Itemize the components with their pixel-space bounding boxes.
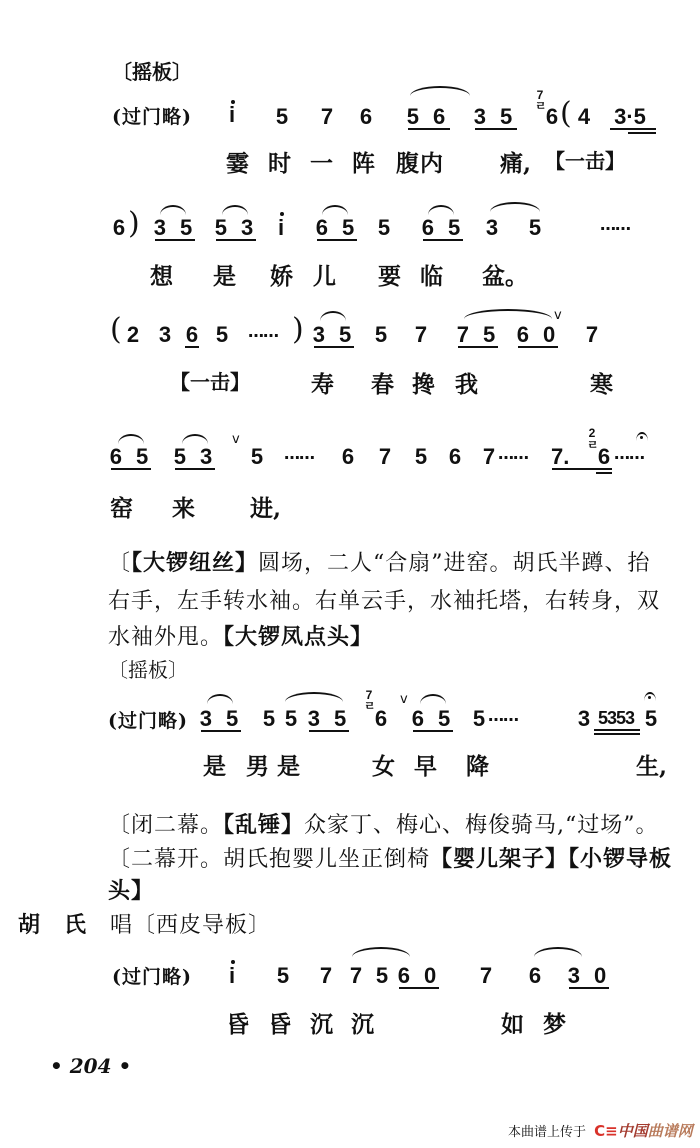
note: 5 <box>250 444 264 470</box>
note: 3 <box>484 215 500 241</box>
note: 5 <box>274 104 290 130</box>
note: 5 <box>376 215 392 241</box>
sustain-dots: …… <box>498 444 528 463</box>
underline-beam <box>569 987 609 989</box>
lyric: 昏 <box>268 1006 291 1039</box>
lyric: 临 <box>420 258 443 291</box>
note: 5 <box>414 444 428 470</box>
sustain-dots: …… <box>600 215 630 234</box>
direction-text: 右手，左手转水袖。右单云手，水袖托塔，右转身，双 <box>108 584 660 615</box>
note: 7 <box>478 963 494 989</box>
note-group: 3 5 <box>152 215 198 241</box>
lyric: 要 <box>378 258 401 291</box>
fermata-icon <box>636 432 648 441</box>
slur-icon <box>182 434 208 444</box>
note-group: 3 0 <box>566 963 612 989</box>
underline-beam <box>317 239 357 241</box>
lyric: 霎 <box>226 145 249 178</box>
site-name-part1: 中国 <box>618 1120 648 1141</box>
note: 7 <box>584 322 600 348</box>
underline-beam <box>423 239 463 241</box>
note: 6 <box>112 215 126 241</box>
underline-beam <box>596 472 612 474</box>
note: 7 <box>318 963 334 989</box>
lyric: 如 <box>501 1006 524 1039</box>
note-group: 7 5 <box>455 322 501 348</box>
site-name-part2: 曲谱网 <box>648 1120 693 1141</box>
lyric: 来 <box>172 490 195 523</box>
underline-beam <box>185 346 199 348</box>
percussion-cue: 【婴儿架子】 <box>430 846 568 872</box>
note-group: 3 5 <box>306 706 352 732</box>
note: 5 <box>275 963 291 989</box>
note-group: 6 5 <box>410 706 456 732</box>
underline-beam <box>216 239 256 241</box>
lyric: 阵 <box>352 145 375 178</box>
percussion-cue: 头】 <box>108 874 154 905</box>
slur-icon <box>490 202 540 212</box>
underline-beam <box>413 730 453 732</box>
note: 4 <box>577 104 591 130</box>
role-action: 唱〔西皮导板〕 <box>110 908 271 939</box>
direction-text: 水袖外甩。 <box>108 625 223 650</box>
note: 5 <box>284 706 298 732</box>
underline-beam <box>175 468 215 470</box>
direction-text: 〔闭二幕。 <box>108 813 223 838</box>
percussion-cue: 【小锣导板 <box>568 846 672 872</box>
note: 3 <box>158 322 172 348</box>
direction-text: 〔二幕开。胡氏抱婴儿坐正倒椅 <box>108 847 430 872</box>
breath-mark-icon: v <box>400 692 408 707</box>
lyric: 时 <box>268 145 291 178</box>
sustain-dots: …… <box>248 322 278 341</box>
slur-icon <box>428 205 454 215</box>
note: 6 <box>545 104 559 130</box>
lyric: 早 <box>414 748 437 781</box>
percussion-cue: 【大锣凤点头】 <box>223 624 373 650</box>
lyric: 是 <box>277 748 300 781</box>
note: 3 <box>577 706 591 732</box>
note-group: 3 5 <box>311 322 357 348</box>
sustain-dots: …… <box>284 444 314 463</box>
note: 5 <box>215 322 229 348</box>
lyric: 是 <box>203 748 226 781</box>
note-group: 5 3 <box>172 444 218 470</box>
underline-beam <box>628 132 656 134</box>
lyric: 寒 <box>590 366 613 399</box>
underline-beam <box>314 346 354 348</box>
slur-icon <box>222 205 248 215</box>
section-tag-yaoban: 〔摇板〕 <box>108 654 188 683</box>
lyric: 沉 <box>310 1006 333 1039</box>
note: 6 <box>185 322 199 348</box>
direction-text: 圆场，二人“合扇”进窑。胡氏半蹲、抬 <box>258 551 651 576</box>
close-paren-icon: ) <box>128 206 140 241</box>
slur-icon <box>534 947 582 957</box>
watermark-prefix: 本曲谱上传于 <box>508 1125 586 1140</box>
breath-mark-icon: v <box>554 308 562 323</box>
page-number: • 204 • <box>50 1054 131 1078</box>
note-group: 5 3 <box>213 215 259 241</box>
high-octave-dot-icon <box>231 100 235 104</box>
close-paren-icon: ) <box>292 312 304 347</box>
note-group: 5 6 <box>405 104 451 130</box>
bracket-open: 〔 <box>108 551 131 576</box>
percussion-cue: 【大锣纽丝】 <box>131 550 258 576</box>
role-name: 胡 氏 <box>18 908 87 939</box>
slur-icon <box>320 311 346 321</box>
percussion-cue: 【一击】 <box>170 366 250 395</box>
fermata-icon <box>644 692 656 701</box>
note-group: 6 5 <box>314 215 360 241</box>
note: 7 <box>378 444 392 470</box>
lyric: 进, <box>250 490 281 523</box>
open-paren-icon: ( <box>110 312 122 347</box>
percussion-cue: 【一击】 <box>545 145 625 174</box>
lyric: 窑 <box>110 490 133 523</box>
percussion-cue: 【乱锤】 <box>223 812 304 838</box>
slur-icon <box>285 692 343 702</box>
breath-mark-icon: v <box>232 432 240 447</box>
note-group: 6 0 <box>396 963 442 989</box>
lyric: 搀 <box>412 366 435 399</box>
direction-text: 众家丁、梅心、梅俊骑马,“过场”。 <box>304 813 659 838</box>
note: 7. <box>551 444 579 470</box>
note: 5 <box>374 963 390 989</box>
slur-icon <box>207 694 233 704</box>
underline-beam <box>475 128 517 130</box>
interlude-omitted-label: (过门略) <box>112 962 192 989</box>
underline-beam <box>111 468 151 470</box>
underline-beam <box>518 346 558 348</box>
lyric: 是 <box>213 258 236 291</box>
slur-icon <box>118 434 144 444</box>
lyric: 女 <box>372 748 395 781</box>
note: 7 <box>319 104 335 130</box>
grace-mark-icon: ㄹ <box>364 701 374 712</box>
note: 5 <box>373 322 389 348</box>
slur-icon <box>160 205 186 215</box>
note: 5 <box>644 706 658 732</box>
note: 6 <box>358 104 374 130</box>
lyric: 降 <box>466 748 489 781</box>
note-group: 6 5 <box>420 215 466 241</box>
sustain-dots: …… <box>488 706 518 725</box>
lyric: 腹内 <box>396 145 444 178</box>
lyric: 痛, <box>500 145 531 178</box>
note: i <box>273 215 289 241</box>
slur-icon <box>420 694 446 704</box>
underline-beam <box>201 730 241 732</box>
note-group: 3 5 <box>198 706 244 732</box>
note-group: 5353 <box>592 708 640 729</box>
lyric: 儿 <box>313 258 336 291</box>
underline-beam <box>594 733 640 735</box>
lyric: 生, <box>636 748 667 781</box>
lyric: 娇 <box>270 258 293 291</box>
note: 6 <box>341 444 355 470</box>
site-logo-icon: C≡ <box>594 1122 618 1140</box>
lyric: 沉 <box>351 1006 374 1039</box>
note-group: 3·5 <box>605 104 655 130</box>
underline-beam <box>399 987 439 989</box>
slur-icon <box>410 86 470 96</box>
underline-beam <box>594 729 640 731</box>
lyric: 我 <box>455 366 478 399</box>
lyric: 一 <box>310 145 333 178</box>
note: 7 <box>482 444 496 470</box>
section-tag-yaoban: 〔摇板〕 <box>112 56 192 85</box>
note-group: 6 5 <box>108 444 154 470</box>
note: 5 <box>262 706 276 732</box>
note: 5 <box>527 215 543 241</box>
watermark[interactable]: 本曲谱上传于 C≡中国曲谱网 <box>508 1120 693 1141</box>
sustain-dots: …… <box>614 444 644 463</box>
underline-beam <box>408 128 450 130</box>
grace-mark-icon: ㄹ <box>587 440 597 451</box>
slur-icon <box>464 309 552 319</box>
note: 2 <box>126 322 140 348</box>
lyric: 春 <box>371 366 394 399</box>
note: i <box>224 963 240 989</box>
lyric: 盆。 <box>482 258 528 291</box>
lyric: 男 <box>246 748 269 781</box>
note: 6 <box>527 963 543 989</box>
note: 6 <box>448 444 462 470</box>
note: i <box>224 102 240 128</box>
lyric: 梦 <box>543 1006 566 1039</box>
note: 7 <box>413 322 429 348</box>
underline-beam <box>458 346 498 348</box>
note: 6 <box>597 444 611 470</box>
lyric: 寿 <box>311 366 334 399</box>
lyric: 想 <box>150 258 173 291</box>
underline-beam <box>309 730 349 732</box>
lyric: 昏 <box>226 1006 249 1039</box>
underline-beam <box>610 128 656 130</box>
note: 5 <box>472 706 486 732</box>
slur-icon <box>352 947 410 957</box>
underline-beam <box>155 239 195 241</box>
note: 7 <box>348 963 364 989</box>
note-group: 3 5 <box>472 104 518 130</box>
grace-mark-icon: ㄹ <box>535 101 545 112</box>
note: 6 <box>374 706 388 732</box>
interlude-omitted-label: (过门略) <box>112 102 192 129</box>
interlude-omitted-label: (过门略) <box>108 706 188 733</box>
slur-icon <box>322 205 348 215</box>
note-group: 6 0 <box>515 322 561 348</box>
open-paren-icon: ( <box>560 96 572 131</box>
